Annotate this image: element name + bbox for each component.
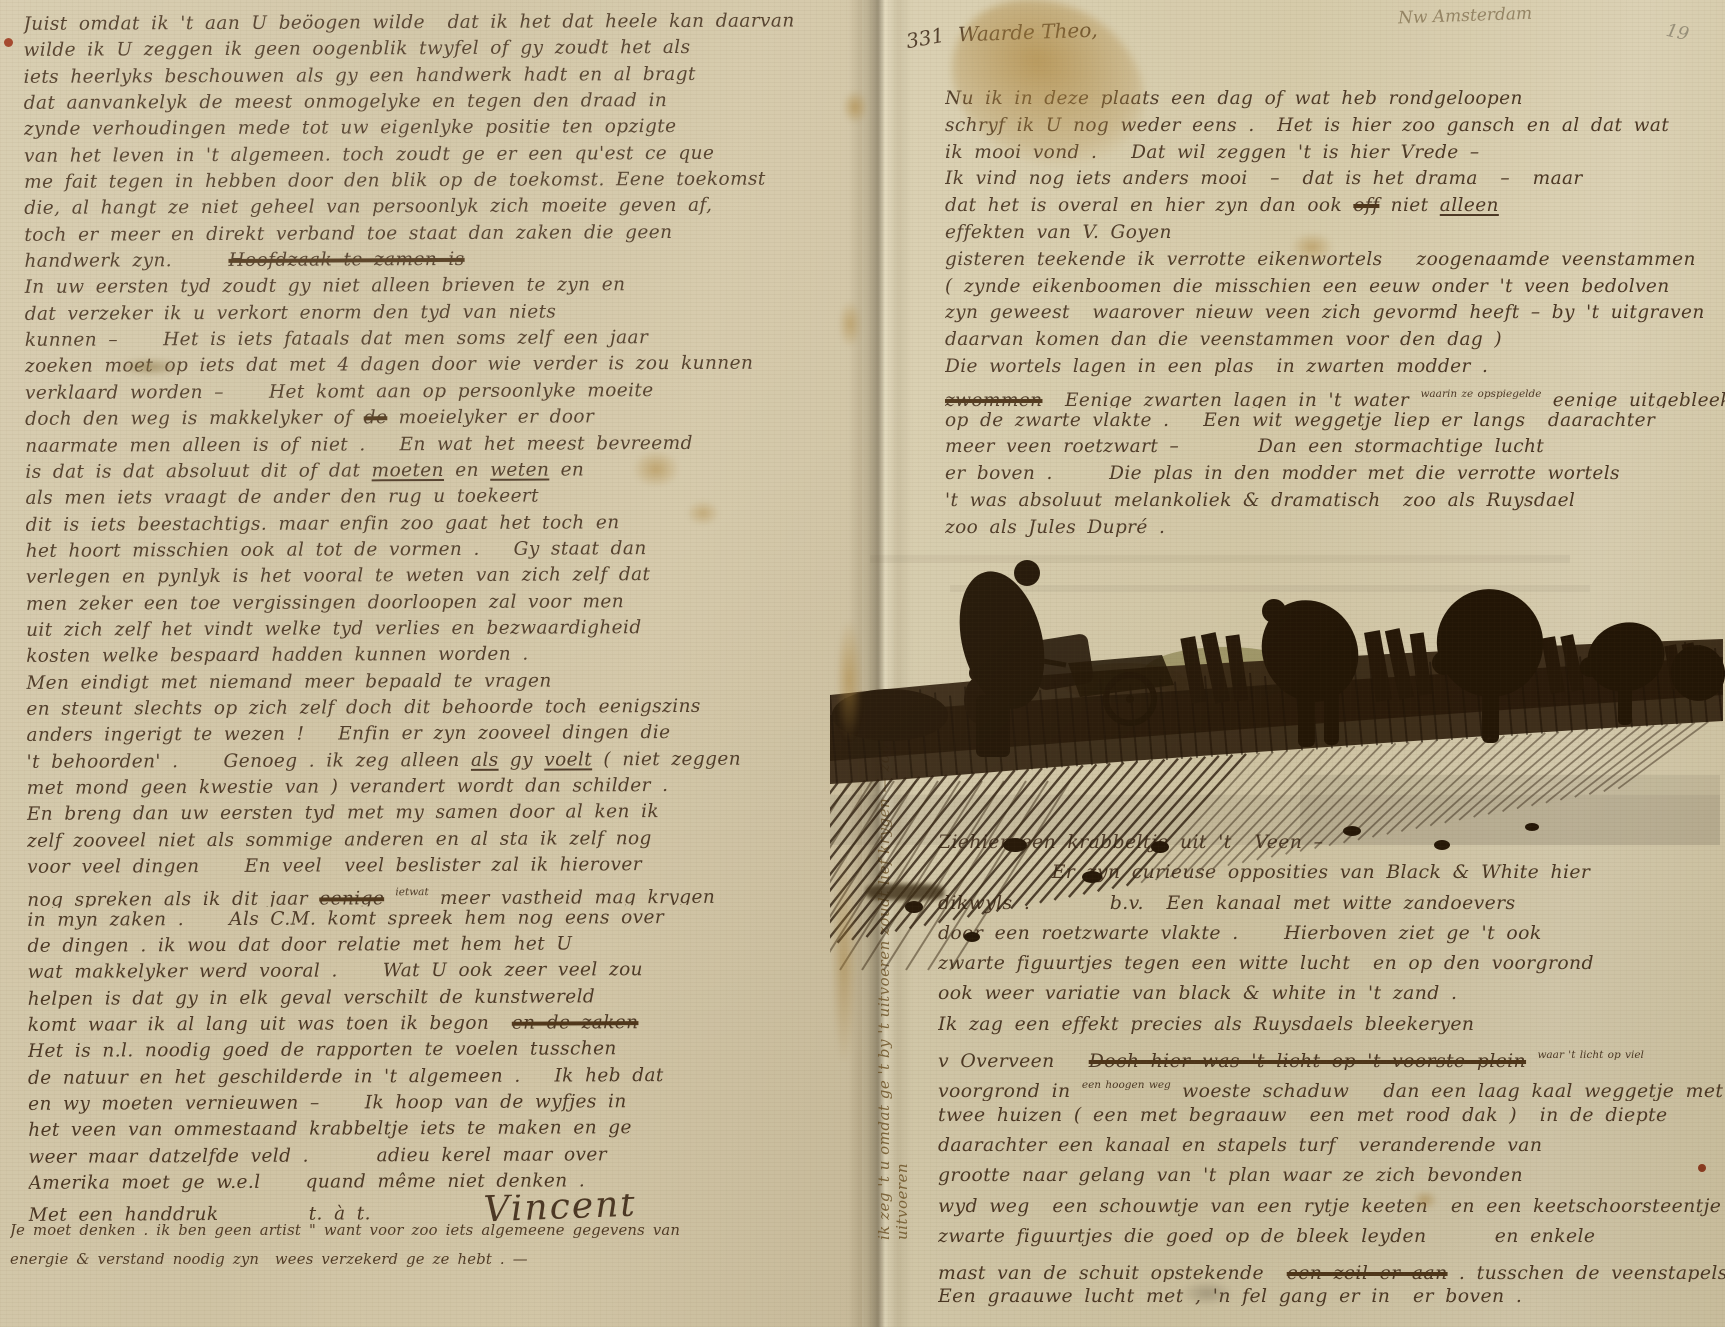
handwritten-line: kunnen – Het is iets fataals dat men som… — [25, 324, 861, 354]
handwritten-line: daarvan komen dan die veenstammen voor d… — [945, 327, 1725, 354]
handwritten-line: twee huizen ( een met begraauw een met r… — [938, 1101, 1725, 1131]
handwritten-line: schryf ik U nog weder eens . Het is hier… — [945, 113, 1725, 140]
handwritten-line: zwarte figuurtjes die goed op de bleek l… — [938, 1222, 1725, 1252]
handwritten-line: gisteren teekende ik verrotte eikenworte… — [945, 247, 1725, 274]
handwritten-line: anders ingerigt te wezen ! Enfin er zyn … — [26, 719, 862, 749]
letter-photograph: { "document": { "type": "handwritten let… — [0, 0, 1725, 1327]
handwritten-line: iets heerlyks beschouwen als gy een hand… — [24, 61, 860, 91]
right-page-text-top: Nu ik in deze plaats een dag of wat heb … — [945, 86, 1725, 542]
handwritten-line: ( zynde eikenboomen die misschien een ee… — [945, 274, 1725, 301]
handwritten-line: men zeker een toe vergissingen doorloope… — [26, 588, 862, 618]
handwritten-line: de dingen . ik wou dat door relatie met … — [27, 930, 863, 960]
turf-heap — [832, 689, 948, 741]
handwritten-line: dat het is overal en hier zyn dan ook of… — [945, 193, 1725, 220]
handwritten-line: grootte naar gelang van 't plan waar ze … — [938, 1161, 1725, 1191]
handwritten-line: helpen is dat gy in elk geval verschilt … — [28, 983, 864, 1013]
handwritten-line: kosten welke bespaard hadden kunnen word… — [26, 640, 862, 670]
handwritten-line: zyn geweest waarover nieuw veen zich gev… — [945, 300, 1725, 327]
handwritten-line: ik mooi vond . Dat wil zeggen 't is hier… — [945, 140, 1725, 167]
handwritten-line: Je moet denken . ik ben geen artist " wa… — [10, 1216, 862, 1245]
handwritten-line: dat verzeker ik u verkort enorm den tyd … — [25, 298, 861, 328]
handwritten-line: Amerika moet ge w.e.l quand même niet de… — [28, 1167, 864, 1197]
handwritten-line: doch den weg is makkelyker of de moeiely… — [25, 403, 861, 433]
handwritten-line: naarmate men alleen is of niet . En wat … — [25, 430, 861, 460]
handwritten-line: en wy moeten vernieuwen – Ik hoop van de… — [28, 1088, 864, 1118]
handwritten-line: zelf zooveel niet als sommige anderen en… — [27, 825, 863, 855]
handwritten-line: me fait tegen in hebben door den blik op… — [24, 166, 860, 196]
handwritten-line: wyd weg een schouwtje van een rytje keet… — [938, 1192, 1725, 1222]
handwritten-line: Die wortels lagen in een plas in zwarten… — [945, 354, 1725, 381]
handwritten-line: Ik vind nog iets anders mooi – dat is he… — [945, 166, 1725, 193]
left-page-postscript: Je moet denken . ik ben geen artist " wa… — [10, 1216, 862, 1274]
pencil-page-number: 19 — [1664, 20, 1691, 45]
handwritten-line: En breng dan uw eersten tyd met my samen… — [27, 798, 863, 828]
salutation: Waarde Theo, — [958, 18, 1098, 47]
left-page-text: Juist omdat ik 't aan U beöogen wilde da… — [23, 8, 864, 1223]
handwritten-line: 't behoorden' . Genoeg . ik zeg alleen a… — [27, 746, 863, 776]
handwritten-line: handwerk zyn. Hoofdzaak te zamen is — [24, 245, 860, 275]
handwritten-line: wat makkelyker werd vooral . Wat U ook z… — [27, 957, 863, 987]
handwritten-line: als men iets vraagt de ander den rug u t… — [25, 482, 861, 512]
handwritten-line: Juist omdat ik 't aan U beöogen wilde da… — [23, 8, 859, 38]
handwritten-line: is dat is dat absoluut dit of dat moeten… — [25, 456, 861, 486]
handwritten-line: Nu ik in deze plaats een dag of wat heb … — [945, 86, 1725, 113]
handwritten-line: dat aanvankelyk de meest onmogelyke en t… — [24, 87, 860, 117]
handwritten-line: Men eindigt met niemand meer bepaald te … — [26, 667, 862, 697]
handwritten-line: met mond geen kwestie van ) verandert wo… — [27, 772, 863, 802]
handwritten-line: die, al hangt ze niet geheel van persoon… — [24, 193, 860, 223]
handwritten-line: verlegen en pynlyk is het vooral te wete… — [26, 561, 862, 591]
handwritten-line: komt waar ik al lang uit was toen ik beg… — [28, 1009, 864, 1039]
handwritten-line: Het is n.l. noodig goed de rapporten te … — [28, 1036, 864, 1066]
handwritten-line: in myn zaken . Als C.M. komt spreek hem … — [27, 904, 863, 934]
handwritten-line: uit zich zelf het vindt welke tyd verlie… — [26, 614, 862, 644]
sky-ghost-line — [870, 555, 1570, 563]
handwritten-line: 't was absoluut melankoliek & dramatisch… — [945, 488, 1725, 515]
handwritten-line: In uw eersten tyd zoudt gy niet alleen b… — [25, 272, 861, 302]
handwritten-line: Een graauwe lucht met , 'n fel gang er i… — [938, 1282, 1725, 1312]
handwritten-line: nog spreken als ik dit jaar eenige ietwa… — [27, 878, 863, 908]
handwritten-line: het hoort misschien ook al tot de vormen… — [26, 535, 862, 565]
handwritten-line: zwommen Eenige zwarten lagen in 't water… — [945, 381, 1725, 408]
handwritten-line: zoo als Jules Dupré . — [945, 515, 1725, 542]
handwritten-line: v Overveen Doch hier was 't licht op 't … — [938, 1040, 1725, 1070]
handwritten-line: en steunt slechts op zich zelf doch dit … — [26, 693, 862, 723]
handwritten-line: effekten van V. Goyen — [945, 220, 1725, 247]
handwritten-line: wilde ik U zeggen ik geen oogenblik twyf… — [23, 35, 859, 65]
handwritten-line: daarachter een kanaal en stapels turf ve… — [938, 1131, 1725, 1161]
handwritten-line: toch er meer en direkt verband toe staat… — [24, 219, 860, 249]
handwritten-line: er boven . Die plas in den modder met di… — [945, 461, 1725, 488]
handwritten-line: zoeken moet op iets dat met 4 dagen door… — [25, 351, 861, 381]
handwritten-line: dit is iets beestachtigs. maar enfin zoo… — [26, 509, 862, 539]
peat-diggers-sketch — [830, 545, 1725, 1015]
handwritten-line: op de zwarte vlakte . Een wit weggetje l… — [945, 408, 1725, 435]
handwritten-line: energie & verstand noodig zyn wees verze… — [10, 1245, 862, 1274]
handwritten-line: voor veel dingen En veel veel beslister … — [27, 851, 863, 881]
handwritten-line: het veen van ommestaand krabbeltje iets … — [28, 1115, 864, 1145]
handwritten-line: voorgrond in een hoogen weg woeste schad… — [938, 1070, 1725, 1100]
handwritten-line: mast van de schuit opstekende een zeil e… — [938, 1252, 1725, 1282]
handwritten-line: meer veen roetzwart – Dan een stormachti… — [945, 434, 1725, 461]
handwritten-line: weer maar datzelfde veld . adieu kerel m… — [28, 1141, 864, 1171]
handwritten-line: van het leven in 't algemeen. toch zoudt… — [24, 140, 860, 170]
handwritten-line: de natuur en het geschilderde in 't alge… — [28, 1062, 864, 1092]
handwritten-line: verklaard worden – Het komt aan op perso… — [25, 377, 861, 407]
handwritten-line: zynde verhoudingen mede tot uw eigenlyke… — [24, 114, 860, 144]
